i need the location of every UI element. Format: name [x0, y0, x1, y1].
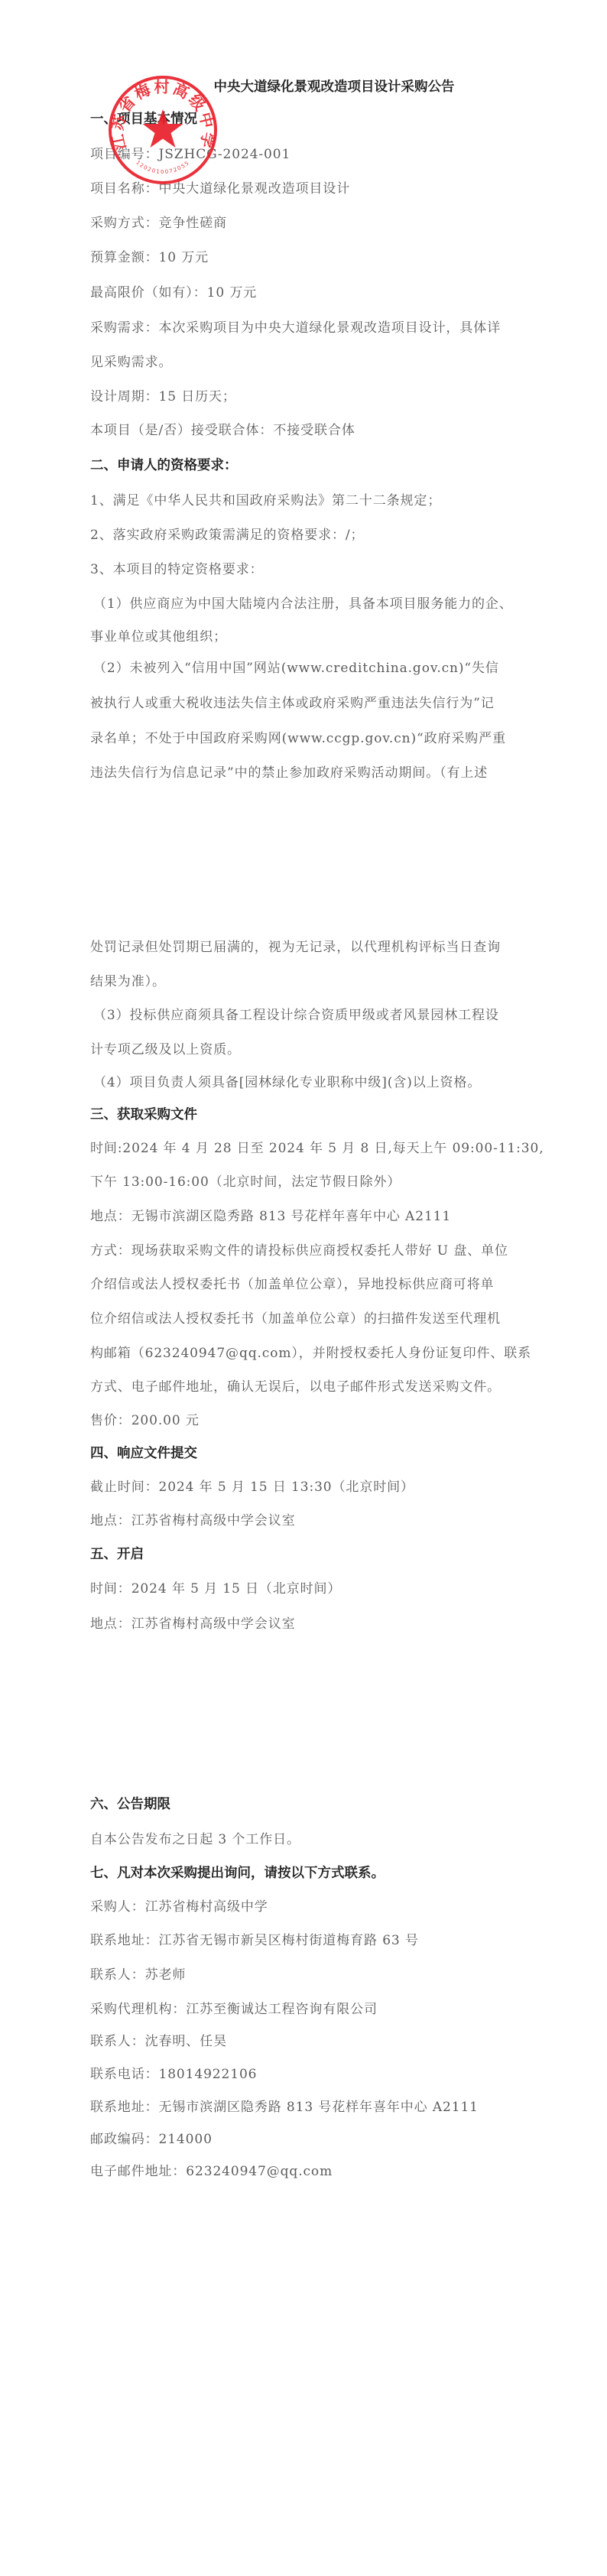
postal-code: 邮政编码：214000 — [90, 2130, 515, 2149]
procurement-method: 采购方式：竞争性磋商 — [90, 214, 515, 232]
qualification-3-1-line-1: （1）供应商应为中国大陆境内合法注册，具备本项目服务能力的企、 — [93, 595, 518, 613]
design-period: 设计周期：15 日历天； — [90, 388, 515, 406]
svg-text:1202010072055: 1202010072055 — [135, 160, 190, 175]
star-icon — [143, 109, 183, 148]
qualification-3-1-line-2: 事业单位或其他组织； — [90, 628, 515, 646]
qualification-3-2-line-3: 录名单；不处于中国政府采购网(www.ccgp.gov.cn)“政府采购严重 — [90, 729, 515, 748]
qualification-3-2-line-6: 结果为准）。 — [90, 973, 515, 991]
official-seal-stamp: 江苏省梅村高级中学 1202010072055 — [105, 73, 220, 187]
obtain-method-line-1: 方式：现场获取采购文件的请投标供应商授权委托人带好 U 盘、单位 — [90, 1242, 515, 1260]
section-heading-4: 四、响应文件提交 — [90, 1444, 197, 1463]
qualification-2: 2、落实政府采购政策需满足的资格要求：/； — [90, 526, 515, 544]
section-heading-7: 七、凡对本次采购提出询问，请按以下方式联系。 — [90, 1864, 385, 1882]
agency-name: 采购代理机构：江苏至衡诚达工程咨询有限公司 — [90, 2000, 515, 2019]
section-heading-3: 三、获取采购文件 — [90, 1106, 197, 1124]
document-page: 中央大道绿化景观改造项目设计采购公告 一、项目基本情况 项目编号：JSZHCG-… — [0, 0, 607, 2576]
obtain-method-line-5: 方式、电子邮件地址，确认无误后，以电子邮件形式发送采购文件。 — [90, 1378, 515, 1396]
qualification-3: 3、本项目的特定资格要求： — [90, 560, 515, 579]
purchaser-address: 联系地址：江苏省无锡市新吴区梅村街道梅育路 63 号 — [90, 1931, 515, 1950]
opening-location: 地点：江苏省梅村高级中学会议室 — [90, 1615, 515, 1633]
purchaser-contact: 联系人：苏老师 — [90, 1966, 515, 1984]
document-title: 中央大道绿化景观改造项目设计采购公告 — [0, 78, 607, 96]
opening-time: 时间：2024 年 5 月 15 日（北京时间） — [90, 1580, 515, 1598]
section-heading-5: 五、开启 — [90, 1545, 144, 1564]
qualification-3-2-line-2: 被执行人或重大税收违法失信主体或政府采购严重违法失信行为”记 — [90, 694, 515, 713]
section-heading-2: 二、申请人的资格要求： — [90, 456, 238, 475]
qualification-3-2-line-1: （2）未被列入“信用中国”网站(www.creditchina.gov.cn)“… — [93, 659, 518, 677]
max-price: 最高限价（如有）：10 万元 — [90, 284, 515, 302]
qualification-3-2-line-4: 违法失信行为信息记录”中的禁止参加政府采购活动期间。（有上述 — [90, 764, 515, 782]
agency-phone: 联系电话：18014922106 — [90, 2065, 515, 2084]
document-price: 售价：200.00 元 — [90, 1411, 515, 1430]
agency-address: 联系地址：无锡市滨湖区隐秀路 813 号花样年喜年中心 A2111 — [90, 2098, 515, 2116]
agency-contact: 联系人：沈春明、任昊 — [90, 2032, 515, 2051]
obtain-method-line-2: 介绍信或法人授权委托书（加盖单位公章），异地投标供应商可将单 — [90, 1275, 515, 1294]
qualification-3-4: （4）项目负责人须具备[园林绿化专业职称中级](含)以上资格。 — [93, 1074, 518, 1092]
qualification-3-3-line-2: 计专项乙级及以上资质。 — [90, 1041, 515, 1059]
obtain-method-line-4: 构邮箱（623240947@qq.com），并附授权委托人身份证复印件、联系 — [90, 1344, 515, 1363]
obtain-time-line-2: 下午 13:00-16:00（北京时间，法定节假日除外） — [90, 1173, 515, 1191]
requirement-line-1: 采购需求：本次采购项目为中央大道绿化景观改造项目设计，具体详 — [90, 319, 515, 337]
purchaser: 采购人：江苏省梅村高级中学 — [90, 1898, 515, 1916]
section-heading-6: 六、公告期限 — [90, 1795, 170, 1814]
qualification-1: 1、满足《中华人民共和国政府采购法》第二十二条规定； — [90, 492, 515, 510]
qualification-3-2-line-5: 处罚记录但处罚期已届满的，视为无记录，以代理机构评标当日查询 — [90, 938, 515, 957]
obtain-time-line-1: 时间:2024 年 4 月 28 日至 2024 年 5 月 8 日,每天上午 … — [90, 1139, 515, 1158]
announcement-period: 自本公告发布之日起 3 个工作日。 — [90, 1830, 515, 1849]
budget-amount: 预算金额：10 万元 — [90, 249, 515, 267]
submission-location: 地点：江苏省梅村高级中学会议室 — [90, 1512, 515, 1530]
obtain-location: 地点：无锡市滨湖区隐秀路 813 号花样年喜年中心 A2111 — [90, 1207, 515, 1226]
qualification-3-3-line-1: （3）投标供应商须具备工程设计综合资质甲级或者风景园林工程设 — [93, 1006, 518, 1025]
requirement-line-2: 见采购需求。 — [90, 353, 515, 372]
submission-deadline: 截止时间：2024 年 5 月 15 日 13:30（北京时间） — [90, 1478, 515, 1496]
email-address: 电子邮件地址：623240947@qq.com — [90, 2162, 515, 2181]
obtain-method-line-3: 位介绍信或法人授权委托书（加盖单位公章）的扫描件发送至代理机 — [90, 1310, 515, 1328]
consortium-acceptance: 本项目（是/否）接受联合体：不接受联合体 — [90, 421, 515, 440]
